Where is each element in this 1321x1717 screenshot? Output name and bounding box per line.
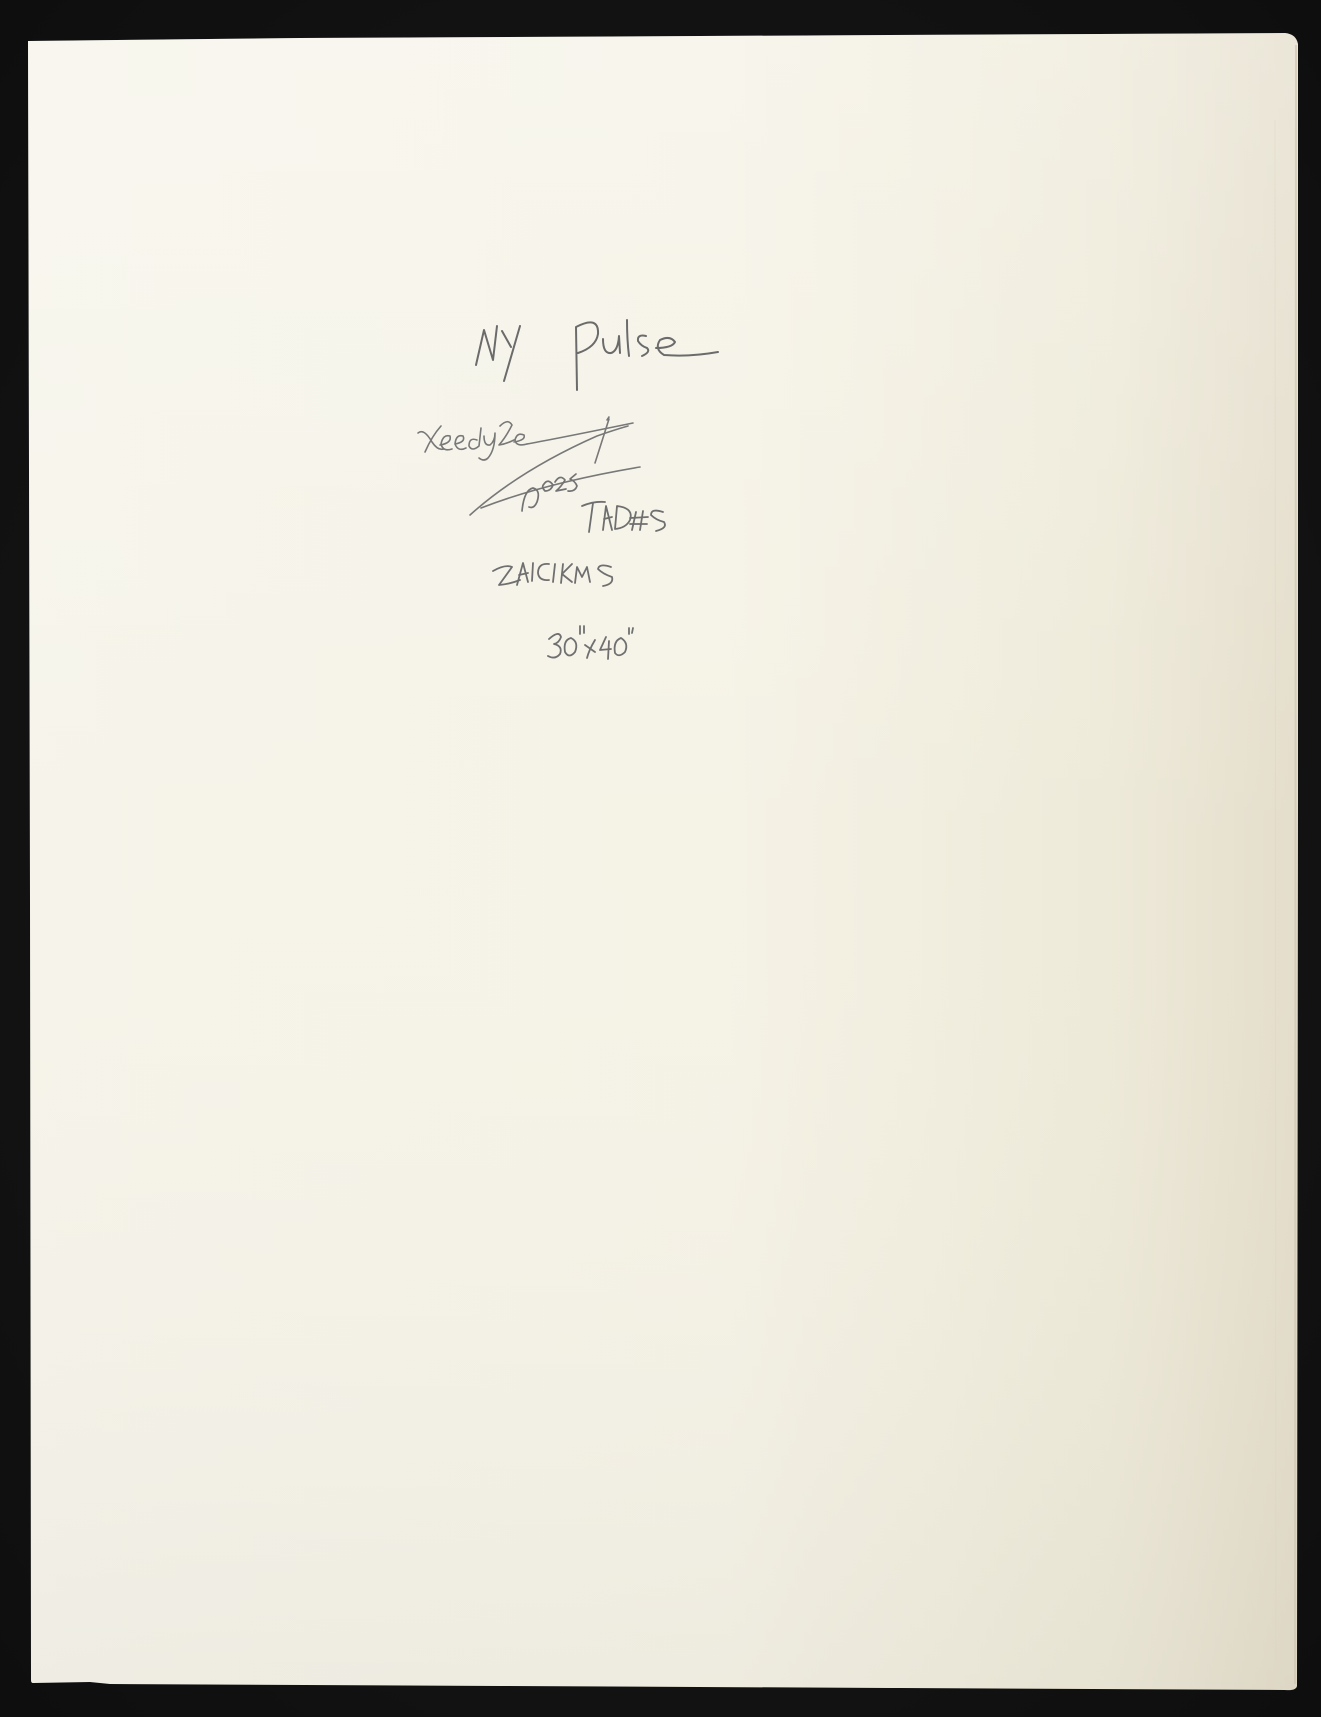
paper-sheet: NY Pulse Xedy2e (signature) 2025 TADAS Z…: [0, 0, 1321, 1717]
